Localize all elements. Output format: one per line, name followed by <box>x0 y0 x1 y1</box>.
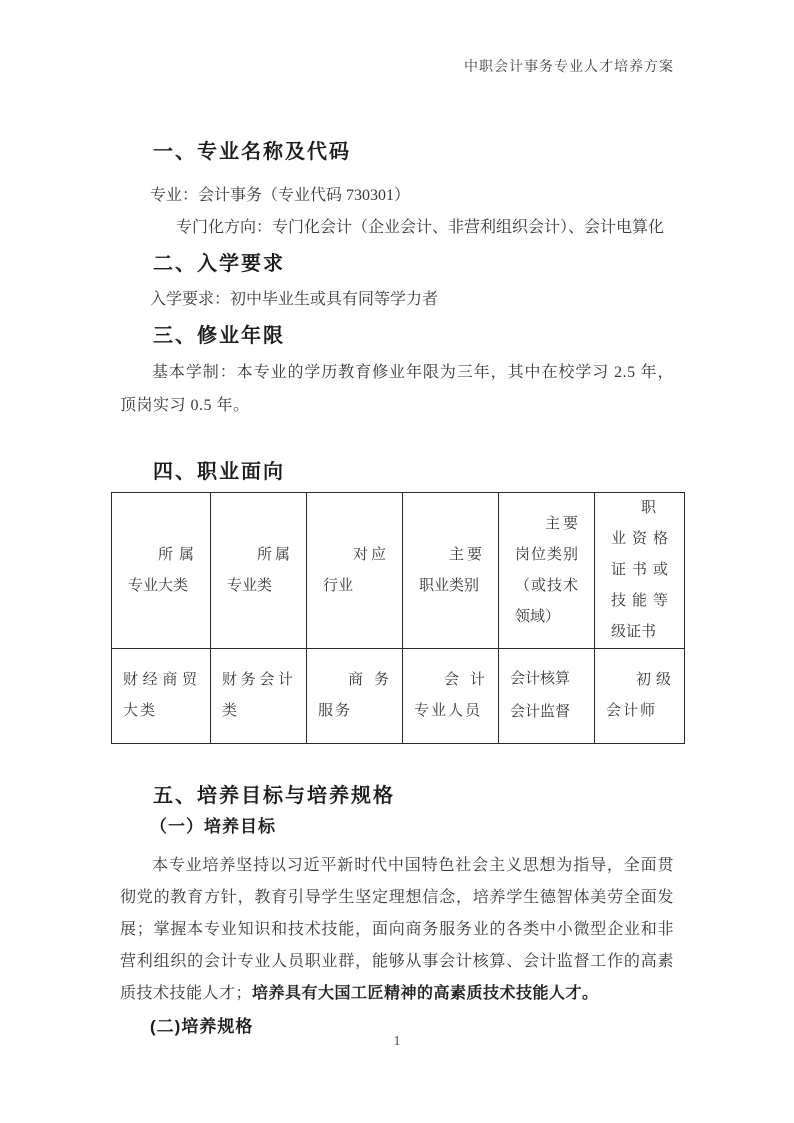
col-header-industry: 对应行业 <box>307 493 403 649</box>
cell-major-class: 财务会计类 <box>211 649 307 744</box>
section-1-heading: 一、专业名称及代码 <box>153 140 674 164</box>
section-5-heading: 五、培养目标与培养规格 <box>153 784 674 808</box>
page-number: 1 <box>0 1034 794 1050</box>
col-header-certificate: 职业资格证书或技能等级证书 <box>595 493 685 649</box>
cell-post-type: 会计核算 会计监督 <box>499 649 595 744</box>
schooling-paragraph: 基本学制：本专业的学历教育修业年限为三年，其中在校学习 2.5 年，顶岗实习 0… <box>120 356 674 422</box>
section-4-heading: 四、职业面向 <box>153 460 674 484</box>
table-data-row: 财经商贸大类 财务会计类 商务服务 会计专业人员 会计核算 会计监督 初级会计师 <box>112 649 685 744</box>
col-header-major-category: 所属专业大类 <box>112 493 211 649</box>
specialization-line: 专门化方向：专门化会计（企业会计、非营利组织会计）、会计电算化 <box>120 212 674 244</box>
section-3-heading: 三、修业年限 <box>153 324 674 348</box>
col-header-major-class: 所属专业类 <box>211 493 307 649</box>
col-header-occupation: 主要职业类别 <box>403 493 499 649</box>
col-header-post-type: 主要岗位类别（或技术领域） <box>499 493 595 649</box>
major-name-line: 专业：会计事务（专业代码 730301） <box>120 180 674 212</box>
cell-certificate: 初级会计师 <box>595 649 685 744</box>
entry-requirement-line: 入学要求：初中毕业生或具有同等学力者 <box>120 284 674 316</box>
document-page: 中职会计事务专业人才培养方案 一、专业名称及代码 专业：会计事务（专业代码 73… <box>0 0 794 1123</box>
career-orientation-table: 所属专业大类 所属专业类 对应行业 主要职业类别 主要岗位类别（或技术领域） 职… <box>111 492 685 744</box>
cell-occupation: 会计专业人员 <box>403 649 499 744</box>
cell-major-category: 财经商贸大类 <box>112 649 211 744</box>
goal-text-bold: 培养具有大国工匠精神的高素质技术技能人才。 <box>252 985 599 1002</box>
page-header-title: 中职会计事务专业人才培养方案 <box>120 60 674 76</box>
table-header-row: 所属专业大类 所属专业类 对应行业 主要职业类别 主要岗位类别（或技术领域） 职… <box>112 493 685 649</box>
cell-industry: 商务服务 <box>307 649 403 744</box>
subsection-goal-heading: （一）培养目标 <box>150 816 674 838</box>
document-content: 中职会计事务专业人才培养方案 一、专业名称及代码 专业：会计事务（专业代码 73… <box>120 0 674 1038</box>
section-2-heading: 二、入学要求 <box>153 252 674 276</box>
training-goal-paragraph: 本专业培养坚持以习近平新时代中国特色社会主义思想为指导，全面贯彻党的教育方针，教… <box>120 850 674 1010</box>
goal-text-normal: 本专业培养坚持以习近平新时代中国特色社会主义思想为指导，全面贯彻党的教育方针，教… <box>120 857 674 1002</box>
